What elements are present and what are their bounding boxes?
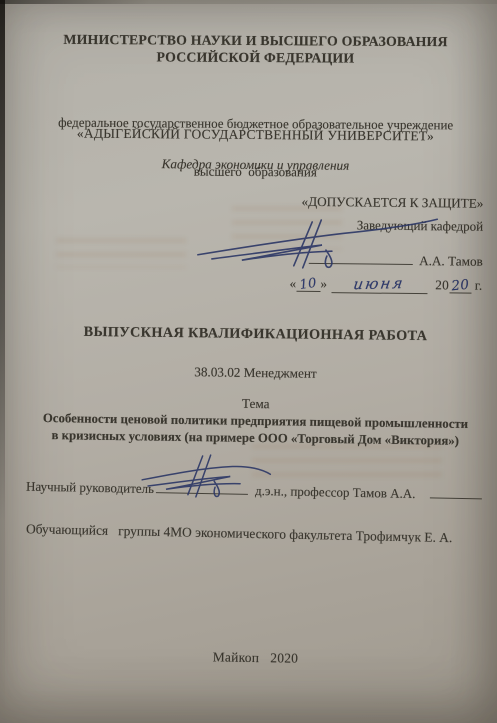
photo-left-edge-shadow [0,0,5,723]
date-year-printed: 20 [435,277,449,292]
ministry-line-2: РОССИЙСКОЙ ФЕДЕРАЦИИ [26,48,485,67]
supervisor-signature-line [156,479,248,495]
footer-city: Майкоп [213,649,260,665]
footer: Майкоп2020 [26,646,485,669]
supervisor-signature-ink [140,452,273,501]
thesis-title: Особенности ценовой политики предприятия… [26,410,485,449]
handwritten-year: 20 [451,279,470,294]
approval-block: «ДОПУСКАЕТСЯ К ЗАЩИТЕ» Заведующий кафедр… [149,192,483,294]
head-of-department-title: Заведующий кафедрой [150,215,483,234]
supervisor-trailing-line [429,484,481,499]
date-month-slot: июня [331,277,427,294]
footer-year: 2020 [270,650,298,665]
student-line: Обучающийся группы 4МО экономического фа… [26,521,485,547]
head-signature-row: А.А. Тамов [150,247,483,272]
supervisor-label: Научный руководитель [26,479,154,496]
ministry-heading: МИНИСТЕРСТВО НАУКИ И ВЫСШЕГО ОБРАЗОВАНИЯ… [26,32,485,68]
program-code: 38.03.02 Менеджмент [26,362,485,384]
bleed-through-smudge [252,444,442,478]
admitted-to-defense-stamp: «ДОПУСКАЕТСЯ К ЗАЩИТЕ» [150,192,483,211]
thesis-title-page-photo: МИНИСТЕРСТВО НАУКИ И ВЫСШЕГО ОБРАЗОВАНИЯ… [0,0,497,723]
ministry-line-1: МИНИСТЕРСТВО НАУКИ И ВЫСШЕГО ОБРАЗОВАНИЯ [26,32,485,51]
supervisor-row: Научный руководитель д.э.н., профессор Т… [26,477,485,504]
theme-block: Тема Особенности ценовой политики предпр… [26,393,486,449]
photo-top-edge-shadow [0,0,497,4]
handwritten-month: июня [353,277,406,291]
approval-date-row: «10»июня2020 г. [149,274,482,294]
head-signature-line [309,249,413,265]
date-year-suffix: г. [475,278,483,293]
date-day-slot: 10 [296,277,320,292]
work-type-heading: ВЫПУСКНАЯ КВАЛИФИКАЦИОННАЯ РАБОТА [26,323,485,346]
handwritten-day: 10 [299,277,318,292]
date-year-slot: 20 [449,278,471,293]
head-name: А.А. Тамов [419,253,483,269]
supervisor-credentials: д.э.н., профессор Тамов А.А. [255,483,416,501]
date-close-quote: » [320,276,327,291]
